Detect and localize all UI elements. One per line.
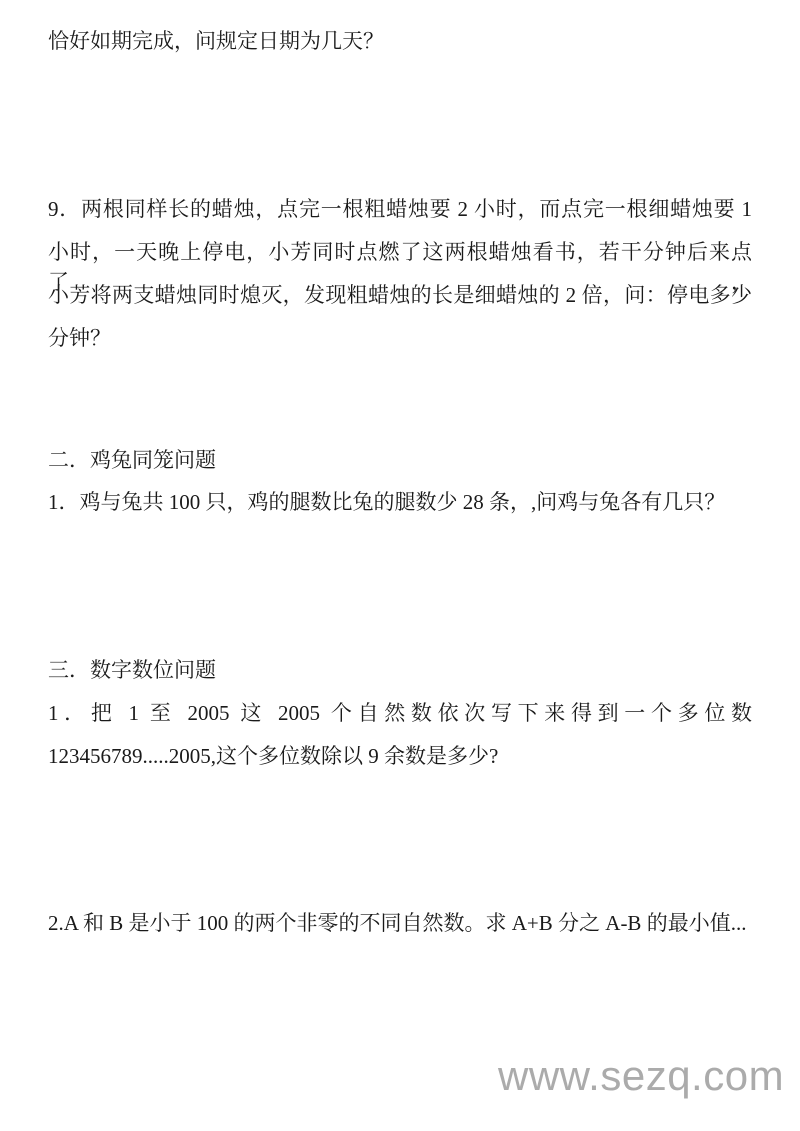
document-page: 恰好如期完成，问规定日期为几天？ 9．两根同样长的蜡烛，点完一根粗蜡烛要 2 小… (0, 0, 800, 1131)
text-line: 2.A 和 B 是小于 100 的两个非零的不同自然数。求 A+B 分之 A-B… (48, 908, 752, 938)
watermark: www.sezq.com (498, 1053, 784, 1099)
section-heading: 二．鸡兔同笼问题 (48, 445, 752, 475)
text-line: 123456789.....2005,这个多位数除以 9 余数是多少? (48, 741, 752, 771)
text-line: 9．两根同样长的蜡烛，点完一根粗蜡烛要 2 小时，而点完一根细蜡烛要 1 (48, 194, 752, 224)
text-line: 1．把 1 至 2005 这 2005 个自然数依次写下来得到一个多位数 (48, 698, 752, 728)
text-line: 恰好如期完成，问规定日期为几天？ (48, 26, 752, 56)
text-line: 小芳将两支蜡烛同时熄灭，发现粗蜡烛的长是细蜡烛的 2 倍，问：停电多少 (48, 280, 752, 310)
text-line: 小时，一天晚上停电，小芳同时点燃了这两根蜡烛看书，若干分钟后来点了， (48, 237, 752, 267)
section-heading: 三．数字数位问题 (48, 655, 752, 685)
text-line: 分钟？ (48, 323, 752, 353)
text-line: 1．鸡与兔共 100 只，鸡的腿数比兔的腿数少 28 条，,问鸡与兔各有几只？ (48, 487, 752, 517)
